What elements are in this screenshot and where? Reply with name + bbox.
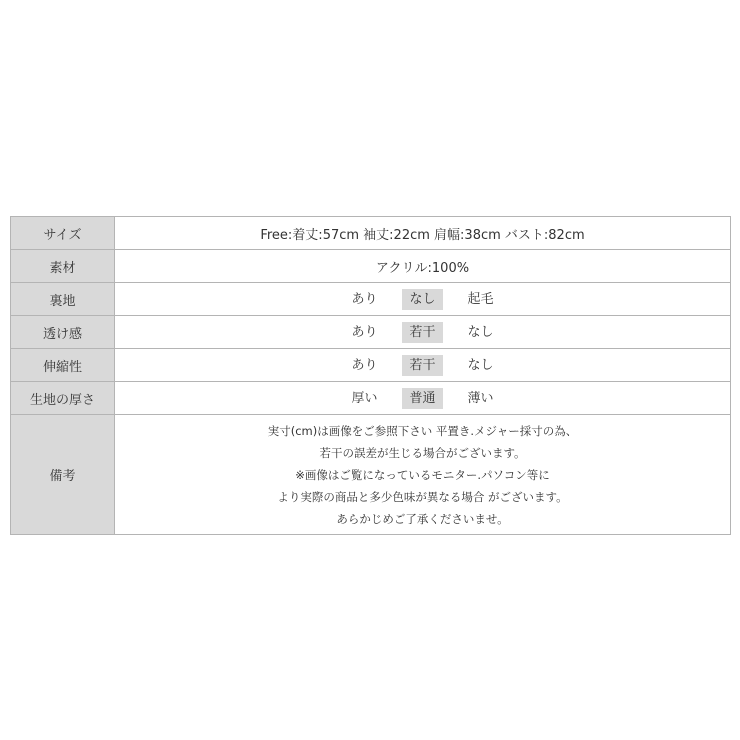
- spec-row-material: 素材 アクリル:100%: [11, 250, 731, 283]
- spec-label: サイズ: [11, 217, 115, 250]
- notes-text: 実寸(cm)は画像をご参照下さい 平置き.メジャー採寸の為、 若干の誤差が生じる…: [115, 415, 731, 535]
- spec-label: 生地の厚さ: [11, 382, 115, 415]
- spec-label: 素材: [11, 250, 115, 283]
- spec-row-thickness: 生地の厚さ 厚い普通薄い: [11, 382, 731, 415]
- spec-options: あり若干なし: [115, 349, 731, 382]
- spec-options: あり若干なし: [115, 316, 731, 349]
- option: なし: [461, 355, 501, 376]
- spec-row-size: サイズ Free:着丈:57cm 袖丈:22cm 肩幅:38cm バスト:82c…: [11, 217, 731, 250]
- spec-options: 厚い普通薄い: [115, 382, 731, 415]
- spec-value-material: アクリル:100%: [115, 250, 731, 283]
- option: 起毛: [461, 289, 501, 310]
- notes-line: より実際の商品と多少色味が異なる場合 がございます。: [115, 486, 730, 508]
- option-selected: 若干: [402, 322, 442, 343]
- option: なし: [461, 322, 501, 343]
- option: あり: [344, 322, 384, 343]
- spec-label: 裏地: [11, 283, 115, 316]
- notes-line: 若干の誤差が生じる場合がございます。: [115, 442, 730, 464]
- spec-label: 備考: [11, 415, 115, 535]
- option: あり: [344, 355, 384, 376]
- option: あり: [344, 289, 384, 310]
- option-selected: なし: [402, 289, 442, 310]
- notes-line: ※画像はご覧になっているモニター.パソコン等に: [115, 464, 730, 486]
- spec-label: 透け感: [11, 316, 115, 349]
- option-selected: 若干: [402, 355, 442, 376]
- option: 薄い: [461, 388, 501, 409]
- option: 厚い: [344, 388, 384, 409]
- spec-row-transparency: 透け感 あり若干なし: [11, 316, 731, 349]
- spec-options: ありなし起毛: [115, 283, 731, 316]
- notes-line: 実寸(cm)は画像をご参照下さい 平置き.メジャー採寸の為、: [115, 420, 730, 442]
- spec-row-stretch: 伸縮性 あり若干なし: [11, 349, 731, 382]
- spec-row-notes: 備考 実寸(cm)は画像をご参照下さい 平置き.メジャー採寸の為、 若干の誤差が…: [11, 415, 731, 535]
- spec-label: 伸縮性: [11, 349, 115, 382]
- spec-value-size: Free:着丈:57cm 袖丈:22cm 肩幅:38cm バスト:82cm: [115, 217, 731, 250]
- option-selected: 普通: [402, 388, 442, 409]
- product-spec-table: サイズ Free:着丈:57cm 袖丈:22cm 肩幅:38cm バスト:82c…: [10, 216, 731, 535]
- spec-row-lining: 裏地 ありなし起毛: [11, 283, 731, 316]
- notes-line: あらかじめご了承くださいませ。: [115, 508, 730, 530]
